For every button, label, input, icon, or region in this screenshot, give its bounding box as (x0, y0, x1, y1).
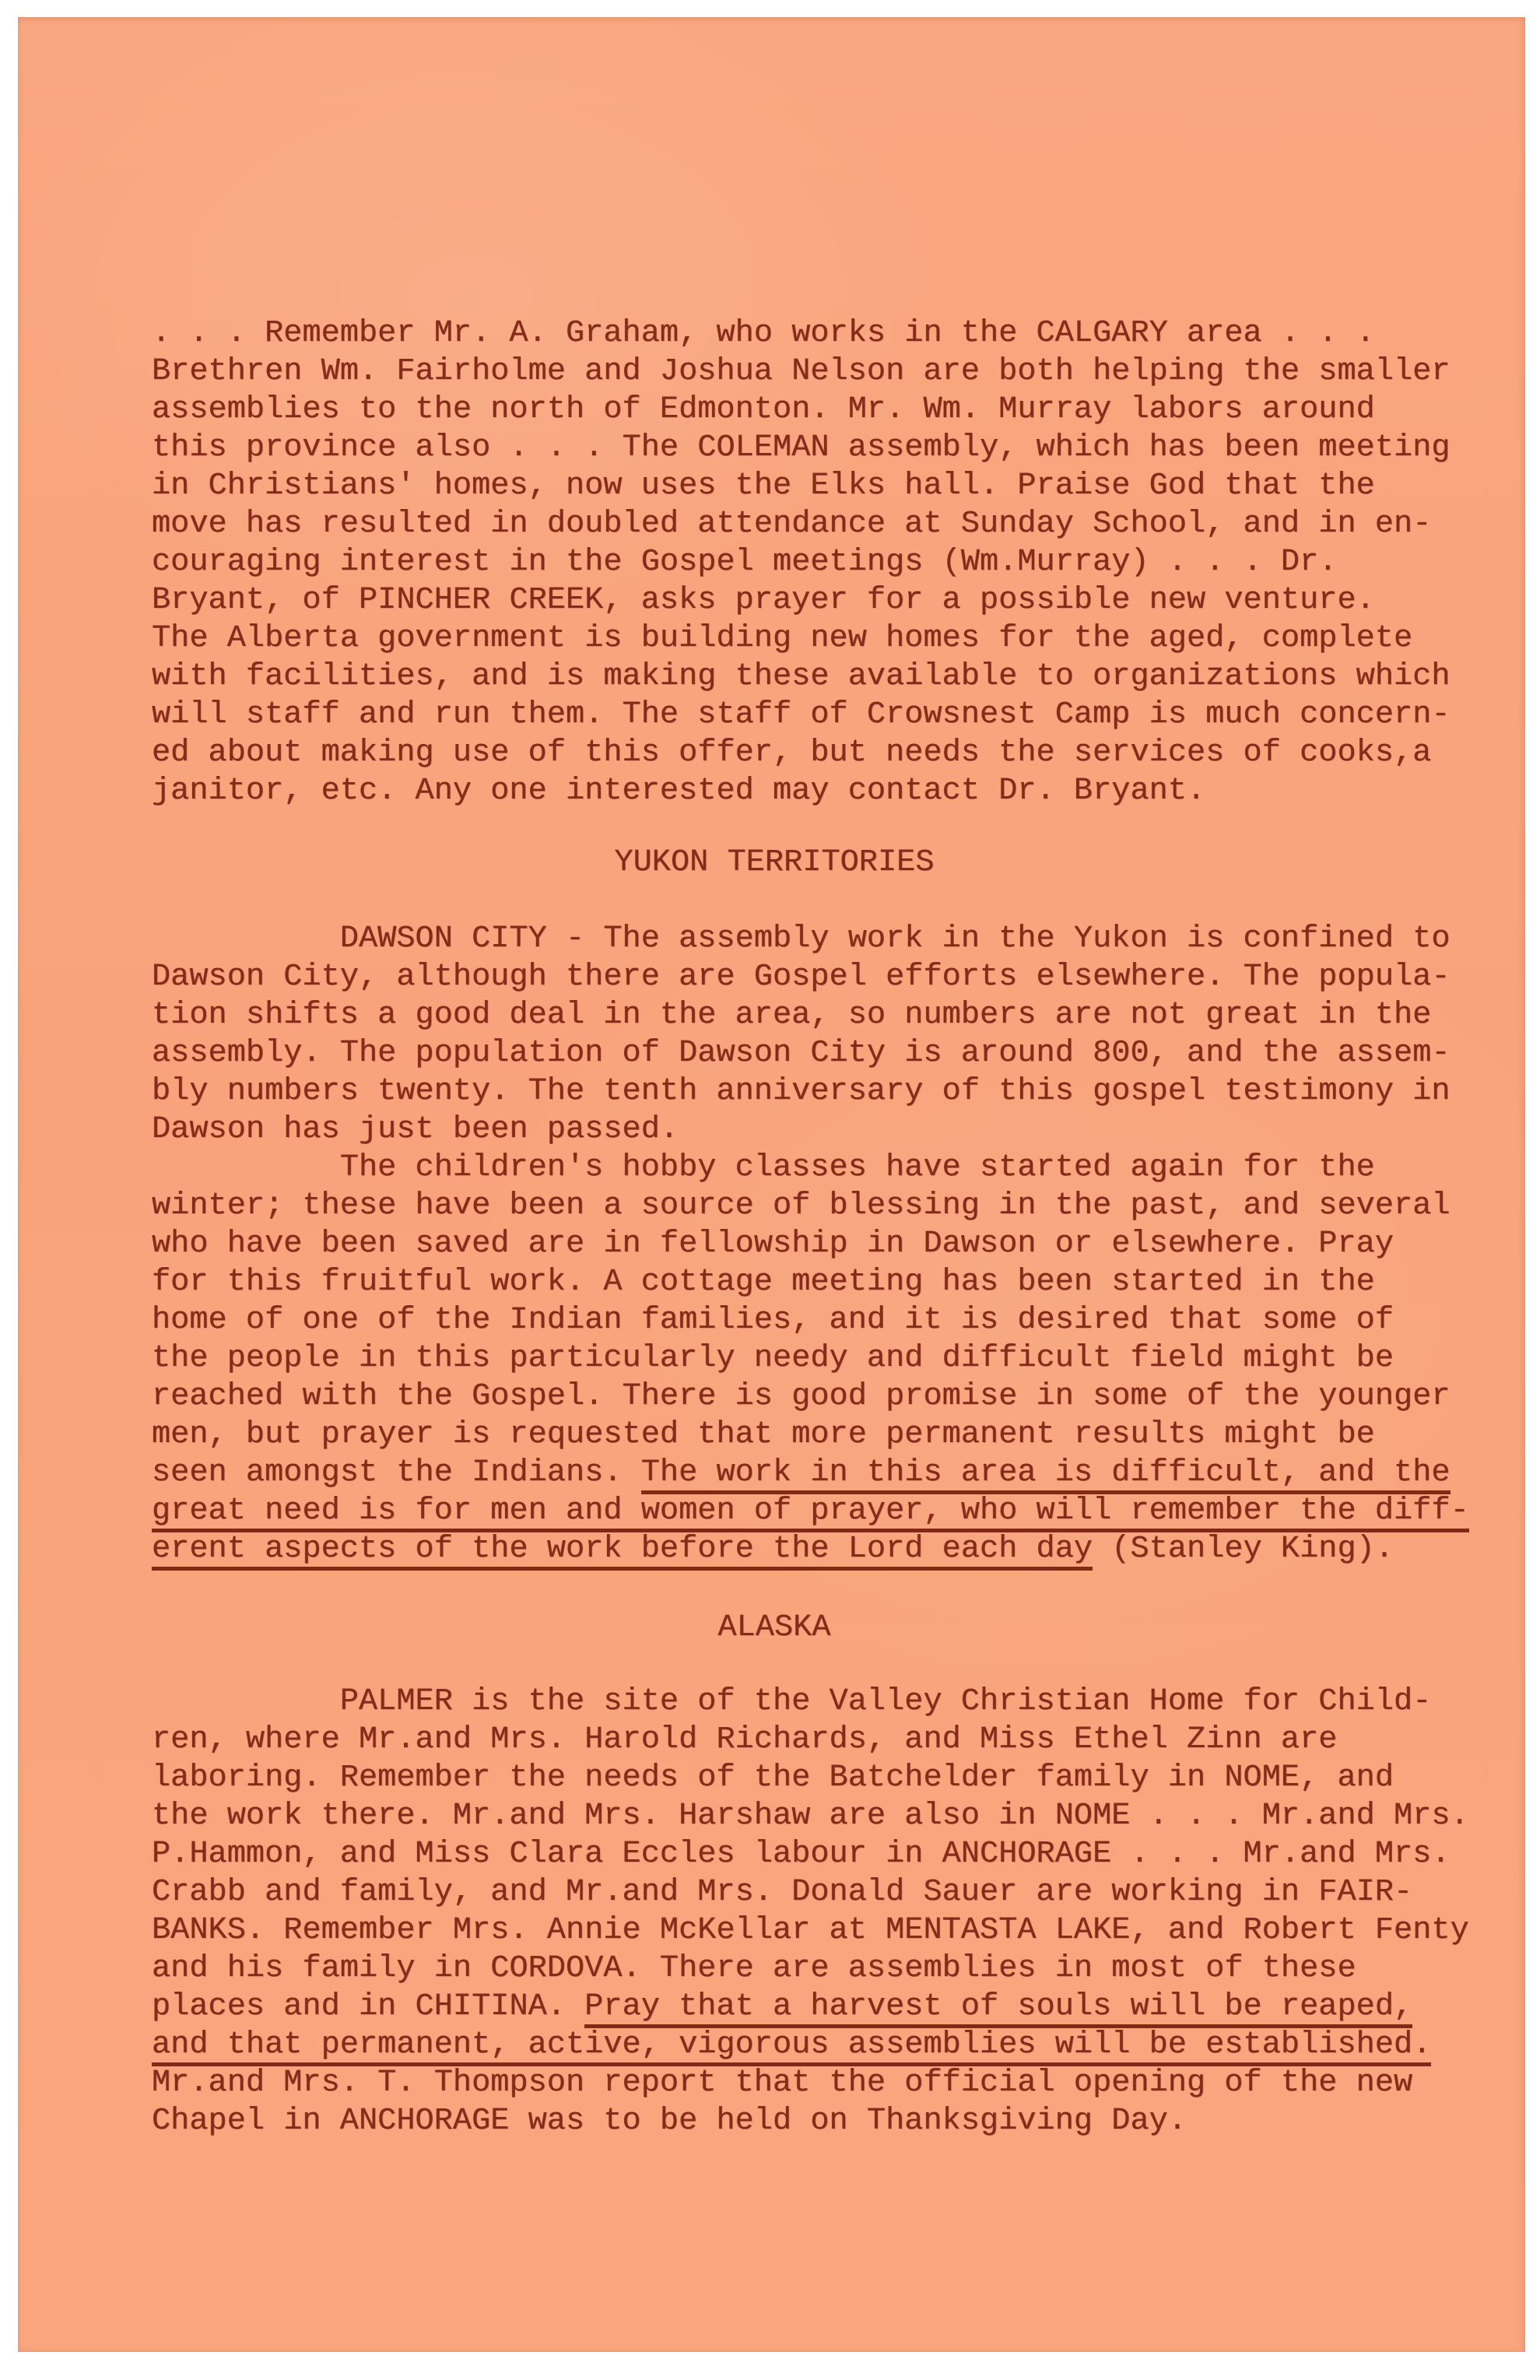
text-segment: ed about making use of this offer, but n… (152, 735, 1431, 771)
paragraph-alaska-report: PALMER is the site of the Valley Christi… (152, 1683, 1475, 2140)
text-line: PALMER is the site of the Valley Christi… (152, 1683, 1475, 1721)
text-line: DAWSON CITY - The assembly work in the Y… (152, 920, 1475, 958)
text-line: assembly. The population of Dawson City … (152, 1034, 1475, 1072)
text-segment: the work there. Mr.and Mrs. Harshaw are … (152, 1798, 1469, 1834)
underlined-text: Pray that a harvest of souls will be rea… (584, 1989, 1412, 2028)
text-line: BANKS. Remember Mrs. Annie McKellar at M… (152, 1911, 1475, 1950)
text-segment: reached with the Gospel. There is good p… (152, 1378, 1451, 1414)
text-line: Chapel in ANCHORAGE was to be held on Th… (152, 2102, 1475, 2140)
text-segment: men, but prayer is requested that more p… (152, 1416, 1375, 1452)
text-line: seen amongst the Indians. The work in th… (152, 1454, 1475, 1492)
text-line: ed about making use of this offer, but n… (152, 734, 1475, 772)
text-segment: Brethren Wm. Fairholme and Joshua Nelson… (152, 353, 1451, 389)
heading-alaska: ALASKA (113, 1609, 1436, 1647)
text-segment: for this fruitful work. A cottage meetin… (152, 1264, 1375, 1300)
text-segment: and his family in CORDOVA. There are ass… (152, 1950, 1356, 1986)
text-line: P.Hammon, and Miss Clara Eccles labour i… (152, 1835, 1475, 1873)
underlined-text: The work in this area is difficult, and … (641, 1455, 1451, 1494)
text-line: and that permanent, active, vigorous ass… (152, 2026, 1475, 2064)
text-segment: Dawson City, although there are Gospel e… (152, 959, 1451, 995)
text-segment: couraging interest in the Gospel meeting… (152, 544, 1337, 580)
text-segment: winter; these have been a source of bles… (152, 1188, 1451, 1223)
text-segment: bly numbers twenty. The tenth anniversar… (152, 1073, 1451, 1109)
underlined-text: and that permanent, active, vigorous ass… (152, 2027, 1431, 2066)
text-segment: Mr.and Mrs. T. Thompson report that the … (152, 2065, 1412, 2101)
text-line: Mr.and Mrs. T. Thompson report that the … (152, 2064, 1475, 2102)
text-segment: laboring. Remember the needs of the Batc… (152, 1760, 1394, 1796)
paragraph-alberta-report: . . . Remember Mr. A. Graham, who works … (152, 314, 1475, 810)
text-segment: who have been saved are in fellowship in… (152, 1226, 1394, 1262)
text-segment: DAWSON CITY - The assembly work in the Y… (152, 921, 1451, 957)
text-segment: ren, where Mr.and Mrs. Harold Richards, … (152, 1722, 1337, 1757)
paragraph-childrens-classes-report: The children's hobby classes have starte… (152, 1149, 1475, 1568)
text-segment: The children's hobby classes have starte… (152, 1150, 1375, 1185)
text-segment: P.Hammon, and Miss Clara Eccles labour i… (152, 1836, 1451, 1872)
text-segment: move has resulted in doubled attendance … (152, 506, 1431, 542)
text-line: home of one of the Indian families, and … (152, 1301, 1475, 1339)
text-segment: will staff and run them. The staff of Cr… (152, 697, 1451, 732)
text-line: the people in this particularly needy an… (152, 1339, 1475, 1378)
text-line: Brethren Wm. Fairholme and Joshua Nelson… (152, 353, 1475, 391)
text-line: this province also . . . The COLEMAN ass… (152, 429, 1475, 467)
text-segment: tion shifts a good deal in the area, so … (152, 997, 1431, 1033)
text-line: will staff and run them. The staff of Cr… (152, 696, 1475, 734)
text-line: The children's hobby classes have starte… (152, 1149, 1475, 1187)
text-line: who have been saved are in fellowship in… (152, 1225, 1475, 1263)
text-line: The Alberta government is building new h… (152, 620, 1475, 658)
text-line: in Christians' homes, now uses the Elks … (152, 467, 1475, 505)
text-line: tion shifts a good deal in the area, so … (152, 996, 1475, 1034)
text-segment: . . . Remember Mr. A. Graham, who works … (152, 315, 1375, 351)
text-line: couraging interest in the Gospel meeting… (152, 543, 1475, 581)
text-line: Bryant, of PINCHER CREEK, asks prayer fo… (152, 581, 1475, 620)
text-line: ren, where Mr.and Mrs. Harold Richards, … (152, 1721, 1475, 1759)
text-segment: this province also . . . The COLEMAN ass… (152, 430, 1451, 465)
heading-yukon-territories: YUKON TERRITORIES (113, 844, 1436, 882)
text-line: Crabb and family, and Mr.and Mrs. Donald… (152, 1873, 1475, 1911)
text-segment: assembly. The population of Dawson City … (152, 1035, 1451, 1071)
text-segment: Chapel in ANCHORAGE was to be held on Th… (152, 2103, 1187, 2139)
text-segment: Bryant, of PINCHER CREEK, asks prayer fo… (152, 582, 1375, 618)
text-segment: BANKS. Remember Mrs. Annie McKellar at M… (152, 1912, 1469, 1948)
text-line: the work there. Mr.and Mrs. Harshaw are … (152, 1797, 1475, 1835)
text-segment: janitor, etc. Any one interested may con… (152, 773, 1205, 809)
text-line: men, but prayer is requested that more p… (152, 1416, 1475, 1454)
text-line: Dawson City, although there are Gospel e… (152, 958, 1475, 996)
text-segment: seen amongst the Indians. (152, 1455, 641, 1490)
text-segment: The Alberta government is building new h… (152, 620, 1412, 656)
text-line: Dawson has just been passed. (152, 1111, 1475, 1149)
text-line: great need is for men and women of praye… (152, 1492, 1475, 1530)
text-segment: places and in CHITINA. (152, 1989, 584, 2024)
text-line: janitor, etc. Any one interested may con… (152, 772, 1475, 810)
paragraph-dawson-city-report: DAWSON CITY - The assembly work in the Y… (152, 920, 1475, 1149)
text-segment: home of one of the Indian families, and … (152, 1302, 1394, 1338)
text-line: and his family in CORDOVA. There are ass… (152, 1950, 1475, 1988)
text-line: . . . Remember Mr. A. Graham, who works … (152, 314, 1475, 353)
text-line: places and in CHITINA. Pray that a harve… (152, 1988, 1475, 2026)
text-line: assemblies to the north of Edmonton. Mr.… (152, 391, 1475, 429)
text-line: bly numbers twenty. The tenth anniversar… (152, 1072, 1475, 1111)
text-segment: with facilities, and is making these ava… (152, 658, 1451, 694)
underlined-text: erent aspects of the work before the Lor… (152, 1531, 1093, 1571)
text-segment: the people in this particularly needy an… (152, 1340, 1394, 1376)
text-line: winter; these have been a source of bles… (152, 1187, 1475, 1225)
text-segment: in Christians' homes, now uses the Elks … (152, 468, 1375, 504)
text-line: laboring. Remember the needs of the Batc… (152, 1759, 1475, 1797)
underlined-text: great need is for men and women of praye… (152, 1493, 1469, 1532)
text-line: for this fruitful work. A cottage meetin… (152, 1263, 1475, 1301)
text-line: with facilities, and is making these ava… (152, 658, 1475, 696)
text-segment: assemblies to the north of Edmonton. Mr.… (152, 391, 1375, 427)
text-segment: Crabb and family, and Mr.and Mrs. Donald… (152, 1874, 1412, 1910)
document-page: . . . Remember Mr. A. Graham, who works … (0, 0, 1540, 2380)
text-line: erent aspects of the work before the Lor… (152, 1530, 1475, 1568)
paper-sheet: . . . Remember Mr. A. Graham, who works … (18, 17, 1525, 2352)
text-segment: PALMER is the site of the Valley Christi… (152, 1683, 1431, 1719)
document-content: . . . Remember Mr. A. Graham, who works … (152, 314, 1475, 2140)
text-segment: (Stanley King). (1093, 1531, 1394, 1567)
text-segment: Dawson has just been passed. (152, 1111, 679, 1147)
text-line: reached with the Gospel. There is good p… (152, 1378, 1475, 1416)
text-line: move has resulted in doubled attendance … (152, 505, 1475, 543)
